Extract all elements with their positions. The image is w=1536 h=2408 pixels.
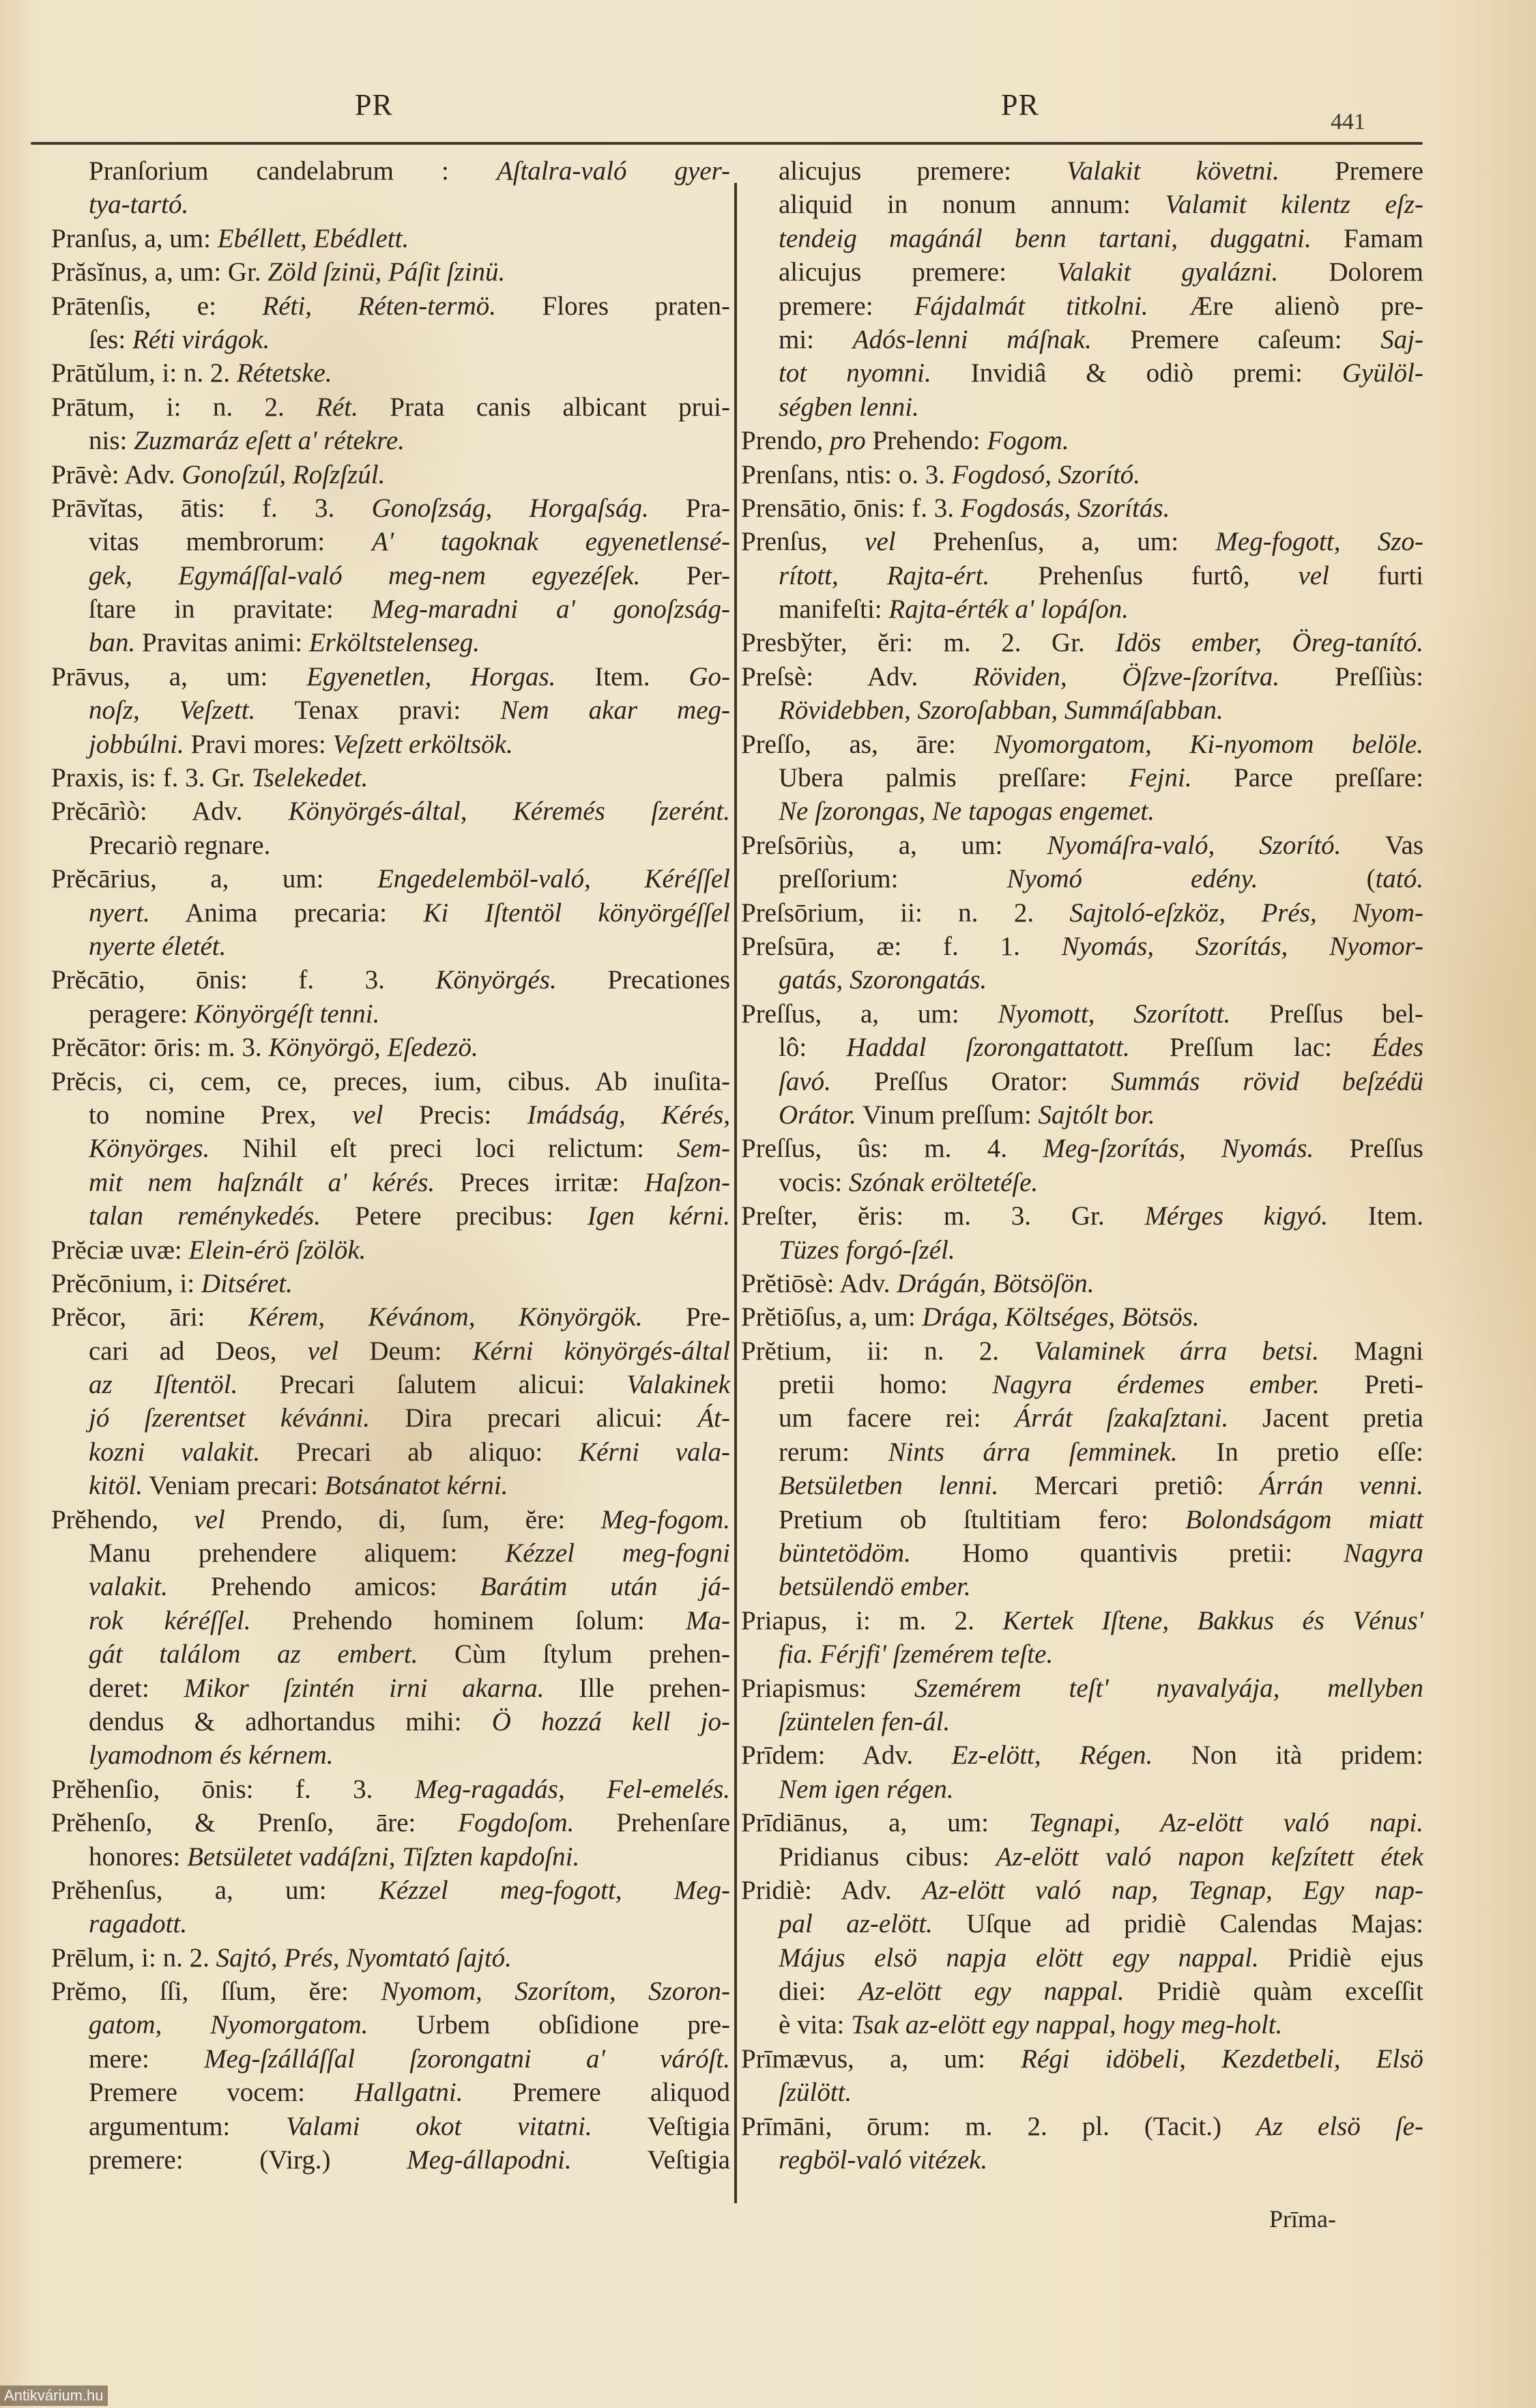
latin-text: deret: [89, 1674, 184, 1703]
latin-text: In pretio eſſe: [1178, 1437, 1423, 1467]
entry-continuation-line: ſtare in pravitate: Meg-maradni a' gonoſ… [51, 592, 730, 626]
hungarian-gloss: Ne ſzorongas, Ne tapogas engemet. [779, 797, 1155, 826]
entry-headword-line: Praxis, is: f. 3. Gr. Tselekedet. [51, 761, 730, 794]
entry-headword-line: Preſsōriùs, a, um: Nyomáſra-való, Szorít… [741, 829, 1423, 862]
hungarian-gloss: Könyörgö, Eſedezö. [268, 1033, 478, 1062]
entry-continuation-line: Pridianus cibus: Az-elött való napon keſ… [741, 1840, 1423, 1874]
latin-text: Prīmævus, a, um: [741, 2044, 1021, 2074]
hungarian-gloss: Gonoſzság, Horgaſság. [372, 493, 649, 523]
watermark: Antikvárium.hu [0, 2385, 108, 2406]
entry-headword-line: Preſsūra, æ: f. 1. Nyomás, Szorítás, Nyo… [741, 930, 1423, 963]
entry-continuation-line: ségben lenni. [741, 390, 1423, 424]
entry-continuation-line: noſz, Veſzett. Tenax pravi: Nem akar meg… [51, 693, 730, 727]
hungarian-gloss: Betsületben lenni. [779, 1471, 998, 1500]
entry-headword-line: Pridiè: Adv. Az-elött való nap, Tegnap, … [741, 1874, 1423, 1907]
hungarian-gloss: Könyörges. [89, 1134, 209, 1163]
entry-continuation-line: gek, Egymáſſal-való meg-nem egyezéſek. P… [51, 559, 730, 592]
hungarian-gloss: fia. Férjfi' ſzemérem teſte. [779, 1639, 1053, 1669]
hungarian-gloss: nyert. [89, 898, 150, 928]
latin-text: Premere caſeum: [1092, 325, 1380, 354]
entry-headword-line: Prĕcātio, ōnis: f. 3. Könyörgés. Precati… [51, 963, 730, 997]
entry-continuation-line: az Iſtentöl. Precari ſalutem alicui: Val… [51, 1368, 730, 1401]
latin-text: Preſſus bel- [1230, 999, 1423, 1029]
hungarian-gloss: Valamit kilentz eſz- [1165, 190, 1423, 219]
latin-text: Premere vocem: [89, 2078, 354, 2107]
hungarian-gloss: pro [830, 426, 866, 455]
hungarian-gloss: Rövidebben, Szoroſabban, Summáſabban. [779, 696, 1223, 725]
latin-text: Preſſiùs: [1279, 662, 1423, 691]
hungarian-gloss: büntetödöm. [779, 1538, 911, 1568]
hungarian-gloss: Sajtólt bor. [1038, 1100, 1155, 1130]
latin-text: to nomine Prex, [89, 1100, 352, 1130]
latin-text: Pridiè ejus [1259, 1943, 1423, 1973]
entry-continuation-line: pal az-elött. Uſque ad pridiè Calendas M… [741, 1907, 1423, 1940]
hungarian-gloss: Egyenetlen, Horgas. [306, 662, 555, 691]
latin-text: Prīdem: Adv. [741, 1740, 952, 1770]
latin-text: ſtare in pravitate: [89, 594, 372, 624]
latin-text: Prĕcātio, ōnis: f. 3. [51, 965, 435, 994]
entry-continuation-line: Nem igen régen. [741, 1773, 1423, 1806]
hungarian-gloss: ſavó. [779, 1067, 831, 1096]
latin-text: Veſtigia [592, 2112, 730, 2141]
latin-text: Precariò regnare. [89, 831, 270, 860]
latin-text: mere: [89, 2044, 204, 2074]
hungarian-gloss: Ebéllett, Ebédlett. [218, 224, 409, 253]
hungarian-gloss: Ki Iſtentöl könyörgéſſel [423, 898, 730, 928]
entry-continuation-line: jó ſzerentset kévánni. Dira precari alic… [51, 1401, 730, 1435]
latin-text: Prāvus, a, um: [51, 662, 306, 691]
latin-text: Pridiè quàm exceſſit [1125, 1977, 1423, 2006]
latin-text: Prenſus, [741, 527, 865, 556]
latin-text: Flores praten- [496, 291, 730, 321]
latin-text: Preſſus Orator: [831, 1067, 1111, 1096]
hungarian-gloss: Zöld ſzinü, Páſit ſzinü. [267, 257, 505, 287]
latin-text: Preſſum lac: [1130, 1033, 1372, 1062]
entry-headword-line: Prātenſis, e: Réti, Réten-termö. Flores … [51, 289, 730, 323]
latin-text: Prātum, i: n. 2. [51, 392, 316, 422]
latin-text: Prehenſus furtô, [989, 561, 1298, 590]
latin-text: alicujus premere: [779, 156, 1067, 186]
hungarian-gloss: Go- [689, 662, 730, 691]
entry-continuation-line: kitöl. Veniam precari: Botsánatot kérni. [51, 1469, 730, 1502]
latin-text: Prĕcis, ci, cem, ce, preces, ium, cibus.… [51, 1067, 730, 1096]
latin-text: Prātŭlum, i: n. 2. [51, 358, 237, 388]
entry-continuation-line: ſzüntelen fen-ál. [741, 1705, 1423, 1738]
latin-text: Item. [1328, 1201, 1423, 1231]
hungarian-gloss: Haddal ſzorongattatott. [846, 1033, 1129, 1062]
hungarian-gloss: Kérni könyörgés-által [473, 1336, 730, 1366]
latin-text: Precationes [557, 965, 730, 994]
entry-continuation-line: peragere: Könyörgéſt tenni. [51, 997, 730, 1031]
latin-text: Pra- [649, 493, 730, 523]
hungarian-gloss: rított, Rajta-ért. [779, 561, 989, 590]
entry-continuation-line: Tüzes forgó-ſzél. [741, 1233, 1423, 1267]
hungarian-gloss: Haſzon- [644, 1168, 730, 1197]
entry-continuation-line: Könyörges. Nihil eſt preci loci relictum… [51, 1132, 730, 1165]
hungarian-gloss: Nyomás, Szorítás, Nyomor- [1062, 932, 1423, 961]
running-head-right: PR [1001, 87, 1039, 122]
latin-text: vitas membrorum: [89, 527, 372, 556]
hungarian-gloss: tató. [1376, 864, 1423, 893]
hungarian-gloss: jobbúlni. [89, 730, 184, 759]
latin-text: Pranſus, a, um: [51, 224, 218, 253]
entry-continuation-line: nyert. Anima precaria: Ki Iſtentöl könyö… [51, 896, 730, 930]
hungarian-gloss: Nagyra érdemes ember. [992, 1370, 1320, 1399]
latin-text: Preſter, ĕris: m. 3. Gr. [741, 1201, 1144, 1231]
hungarian-gloss: A' tagoknak egyenetlensé- [372, 527, 730, 556]
entry-headword-line: Prāvĭtas, ātis: f. 3. Gonoſzság, Horgaſs… [51, 491, 730, 525]
entry-headword-line: Preſter, ĕris: m. 3. Gr. Mérges kigyó. I… [741, 1199, 1423, 1233]
latin-text: Preſsōriùs, a, um: [741, 831, 1047, 860]
hungarian-gloss: Könyörgés-által, Kéremés ſzerént. [289, 797, 730, 826]
latin-text: Homo quantivis pretii: [911, 1538, 1344, 1568]
latin-text: Cùm ſtylum prehen- [418, 1639, 730, 1669]
entry-continuation-line: büntetödöm. Homo quantivis pretii: Nagyr… [741, 1536, 1423, 1570]
hungarian-gloss: Tüzes forgó-ſzél. [779, 1235, 955, 1265]
hungarian-gloss: Meg-ragadás, Fel-emelés. [415, 1775, 730, 1804]
latin-text: Prĕtiōſus, a, um: [741, 1302, 922, 1332]
latin-text: Prăsĭnus, a, um: Gr. [51, 257, 267, 287]
hungarian-gloss: Az-elött való nap, Tegnap, Egy nap- [922, 1876, 1423, 1905]
hungarian-gloss: rok kéréſſel. [89, 1606, 250, 1635]
entry-continuation-line: cari ad Deos, vel Deum: Kérni könyörgés-… [51, 1334, 730, 1368]
entry-continuation-line: vitas membrorum: A' tagoknak egyenetlens… [51, 525, 730, 558]
hungarian-gloss: noſz, Veſzett. [89, 696, 255, 725]
hungarian-gloss: Fogdosó, Szorító. [952, 460, 1140, 489]
latin-text: Premere [1279, 156, 1423, 186]
entry-headword-line: Prīdiānus, a, um: Tegnapi, Az-elött való… [741, 1806, 1423, 1839]
entry-continuation-line: pretii homo: Nagyra érdemes ember. Preti… [741, 1368, 1423, 1401]
entry-continuation-line: tendeig magánál benn tartani, duggatni. … [741, 222, 1423, 255]
entry-continuation-line: ſavó. Preſſus Orator: Summás rövid beſzé… [741, 1065, 1423, 1098]
entry-continuation-line: lô: Haddal ſzorongattatott. Preſſum lac:… [741, 1031, 1423, 1064]
latin-text: Precari ſalutem alicui: [237, 1370, 626, 1399]
entry-headword-line: Prĕcātor: ōris: m. 3. Könyörgö, Eſedezö. [51, 1031, 730, 1064]
hungarian-gloss: Rajta-érték a' lopáſon. [888, 594, 1129, 624]
hungarian-gloss: regböl-való vitézek. [779, 2145, 987, 2175]
entry-continuation-line: to nomine Prex, vel Precis: Imádság, Kér… [51, 1098, 730, 1132]
latin-text: aliquid in nonum annum: [779, 190, 1165, 219]
entry-headword-line: Prensātio, ōnis: f. 3. Fogdosás, Szorítá… [741, 491, 1423, 525]
latin-text: Prēlum, i: n. 2. [51, 1943, 216, 1973]
hungarian-gloss: Réti, Réten-termö. [262, 291, 496, 321]
latin-text: premere: (Virg.) [89, 2145, 407, 2175]
hungarian-gloss: Aſtalra-való gyer- [497, 156, 730, 186]
latin-text: Prata canis albicant prui- [358, 392, 730, 422]
hungarian-gloss: Imádság, Kérés, [527, 1100, 730, 1130]
latin-text: Pridianus cibus: [779, 1842, 996, 1872]
entry-continuation-line: rerum: Nints árra ſemminek. In pretio eſ… [741, 1435, 1423, 1469]
latin-text: Preti- [1320, 1370, 1423, 1399]
entry-continuation-line: lyamodnom és kérnem. [51, 1738, 730, 1772]
hungarian-gloss: Betsületet vadáſzni, Tiſzten kapdoſni. [187, 1842, 579, 1872]
hungarian-gloss: vel [1298, 561, 1329, 590]
latin-text: Prĕhenſus, a, um: [51, 1876, 379, 1905]
latin-text: Pre- [643, 1302, 730, 1332]
latin-text: Pravitas animi: [135, 628, 309, 657]
latin-text: Urbem obſidione pre- [368, 2010, 730, 2039]
entry-continuation-line: Rövidebben, Szoroſabban, Summáſabban. [741, 693, 1423, 727]
latin-text: Prehendo hominem ſolum: [250, 1606, 686, 1635]
latin-text: Prehendo: [866, 426, 987, 455]
hungarian-gloss: Árrát ſzakaſztani. [1015, 1403, 1228, 1433]
latin-text: ( [1258, 864, 1376, 893]
latin-text: Ubera palmis preſſare: [779, 763, 1129, 792]
hungarian-gloss: Valami okot vitatni. [286, 2112, 592, 2141]
hungarian-gloss: Ez-elött, Régen. [952, 1740, 1153, 1770]
hungarian-gloss: Réti virágok. [132, 325, 270, 354]
latin-text: Dolorem [1278, 257, 1423, 287]
hungarian-gloss: Veſzett erköltsök. [332, 730, 512, 759]
latin-text: preſſorium: [779, 864, 1007, 893]
entry-continuation-line: manifeſti: Rajta-érték a' lopáſon. [741, 592, 1423, 626]
hungarian-gloss: Meg-állapodni. [407, 2145, 572, 2175]
hungarian-gloss: Valakit gyalázni. [1057, 257, 1278, 287]
entry-headword-line: Presbўter, ĕri: m. 2. Gr. Idös ember, Ör… [741, 626, 1423, 659]
latin-text: Mercari pretiô: [998, 1471, 1260, 1500]
latin-text: Prenſans, ntis: o. 3. [741, 460, 952, 489]
hungarian-gloss: vel [308, 1336, 338, 1366]
hungarian-gloss: Valakit követni. [1067, 156, 1279, 186]
entry-headword-line: Prīdem: Adv. Ez-elött, Régen. Non ità pr… [741, 1738, 1423, 1772]
latin-text: Prĕcārius, a, um: [51, 864, 377, 893]
hungarian-gloss: pal az-elött. [779, 1909, 933, 1938]
latin-text: Magni [1319, 1336, 1423, 1366]
hungarian-gloss: Valaminek árra betsi. [1034, 1336, 1319, 1366]
entry-continuation-line: ſzülött. [741, 2076, 1423, 2109]
entry-continuation-line: rok kéréſſel. Prehendo hominem ſolum: Ma… [51, 1604, 730, 1637]
latin-text: Deum: [338, 1336, 473, 1366]
hungarian-gloss: ſzüntelen fen-ál. [779, 1707, 950, 1736]
entry-headword-line: Prĕcis, ci, cem, ce, preces, ium, cibus.… [51, 1065, 730, 1098]
entry-continuation-line: deret: Mikor ſzintén irni akarna. Ille p… [51, 1672, 730, 1705]
latin-text: Preſsūra, æ: f. 1. [741, 932, 1062, 961]
hungarian-gloss: vel [194, 1505, 224, 1534]
hungarian-gloss: Meg-ſzálláſſal ſzorongatni a' váróſt. [204, 2044, 730, 2074]
hungarian-gloss: ban. [89, 628, 135, 657]
entry-continuation-line: mi: Adós-lenni máſnak. Premere caſeum: S… [741, 323, 1423, 356]
latin-text: Prātenſis, e: [51, 291, 262, 321]
entry-headword-line: Prĕcor, āri: Kérem, Kévánom, Könyörgök. … [51, 1300, 730, 1334]
entry-headword-line: Prĕcārìò: Adv. Könyörgés-által, Kéremés … [51, 794, 730, 828]
latin-text: Prehenſare [574, 1808, 730, 1837]
hungarian-gloss: kozni valakit. [89, 1437, 260, 1467]
entry-headword-line: Prāvus, a, um: Egyenetlen, Horgas. Item.… [51, 660, 730, 693]
entry-headword-line: Prĕtium, ii: n. 2. Valaminek árra betsi.… [741, 1334, 1423, 1368]
hungarian-gloss: Könyörgéſt tenni. [194, 999, 380, 1029]
hungarian-gloss: Kérem, Kévánom, Könyörgök. [248, 1302, 643, 1332]
latin-text: Prĕcātor: ōris: m. 3. [51, 1033, 268, 1062]
entry-continuation-line: alicujus premere: Valakit gyalázni. Dolo… [741, 255, 1423, 289]
latin-text: Prĕhendo, [51, 1505, 194, 1534]
entry-continuation-line: alicujus premere: Valakit követni. Preme… [741, 154, 1423, 188]
entry-headword-line: Preſsè: Adv. Röviden, Öſzve-ſzorítva. Pr… [741, 660, 1423, 693]
hungarian-gloss: Az-elött egy nappal. [858, 1977, 1124, 2006]
hungarian-gloss: Gonoſzúl, Roſzſzúl. [182, 460, 385, 489]
latin-text: Vas [1341, 831, 1423, 860]
latin-text: honores: [89, 1842, 187, 1872]
page-number: 441 [1331, 109, 1365, 135]
entry-continuation-line: regböl-való vitézek. [741, 2143, 1423, 2177]
entry-headword-line: Prātŭlum, i: n. 2. Rétetske. [51, 356, 730, 390]
hungarian-gloss: Kézzel meg-fogni [505, 1538, 730, 1568]
latin-text: mi: [779, 325, 853, 354]
entry-continuation-line: Precariò regnare. [51, 829, 730, 862]
entry-continuation-line: honores: Betsületet vadáſzni, Tiſzten ka… [51, 1840, 730, 1874]
entry-continuation-line: talan reménykedés. Petere precibus: Igen… [51, 1199, 730, 1233]
hungarian-gloss: Saj- [1380, 325, 1423, 354]
latin-text: Presbўter, ĕri: m. 2. Gr. [741, 628, 1115, 657]
latin-text: Parce preſſare: [1192, 763, 1423, 792]
latin-text: Dira precari alicui: [370, 1403, 697, 1433]
entry-headword-line: Prendo, pro Prehendo: Fogom. [741, 424, 1423, 457]
entry-continuation-line: premere: (Virg.) Meg-állapodni. Veſtigia [51, 2143, 730, 2177]
entry-continuation-line: tot nyomni. Invidiâ & odiò premi: Gyülöl… [741, 356, 1423, 390]
hungarian-gloss: tendeig magánál benn tartani, duggatni. [779, 224, 1312, 253]
latin-text: Pravi mores: [184, 730, 333, 759]
entry-continuation-line: è vita: Tsak az-elött egy nappal, hogy m… [741, 2008, 1423, 2041]
entry-continuation-line: nis: Zuzmaráz eſett a' rétekre. [51, 424, 730, 457]
hungarian-gloss: Tsak az-elött egy nappal, hogy meg-holt. [851, 2010, 1282, 2039]
hungarian-gloss: Nyomó edény. [1007, 864, 1258, 893]
hungarian-gloss: Adós-lenni máſnak. [853, 325, 1092, 354]
entry-continuation-line: valakit. Prehendo amicos: Barátim után j… [51, 1570, 730, 1603]
hungarian-gloss: Meg-fogom. [600, 1505, 730, 1534]
entry-continuation-line: Május elsö napja elött egy nappal. Pridi… [741, 1941, 1423, 1975]
hungarian-gloss: Röviden, Öſzve-ſzorítva. [973, 662, 1279, 691]
hungarian-gloss: vel [352, 1100, 383, 1130]
entry-headword-line: Prenſans, ntis: o. 3. Fogdosó, Szorító. [741, 458, 1423, 491]
hungarian-gloss: Nyomáſra-való, Szorító. [1047, 831, 1341, 860]
hungarian-gloss: mit nem haſznált a' kérés. [89, 1168, 435, 1197]
entry-continuation-line: fia. Férjfi' ſzemérem teſte. [741, 1637, 1423, 1671]
hungarian-gloss: Tegnapi, Az-elött való napi. [1029, 1808, 1423, 1837]
latin-text: Prehendo amicos: [168, 1572, 480, 1601]
latin-text: Manu prehendere aliquem: [89, 1538, 505, 1568]
hungarian-gloss: Fogdosás, Szorítás. [961, 493, 1170, 523]
hungarian-gloss: gatás, Szorongatás. [779, 965, 987, 994]
hungarian-gloss: talan reménykedés. [89, 1201, 321, 1231]
entry-continuation-line: mit nem haſznált a' kérés. Preces irritæ… [51, 1166, 730, 1199]
latin-text: Jacent pretia [1228, 1403, 1423, 1433]
latin-text: Preſsè: Adv. [741, 662, 973, 691]
latin-text: diei: [779, 1977, 858, 2006]
entry-headword-line: Prĕtiōsè: Adv. Drágán, Bötsöſön. [741, 1267, 1423, 1300]
running-head-left: PR [355, 87, 393, 122]
hungarian-gloss: Botsánatot kérni. [325, 1471, 508, 1500]
latin-text: nis: [89, 426, 134, 455]
hungarian-gloss: Át- [697, 1403, 730, 1433]
catchword: Prīma- [1269, 2205, 1336, 2233]
hungarian-gloss: tya-tartó. [89, 190, 188, 219]
entry-continuation-line: tya-tartó. [51, 188, 730, 221]
latin-text: Priapus, i: m. 2. [741, 1606, 1002, 1635]
latin-text: um facere rei: [779, 1403, 1015, 1433]
latin-text: argumentum: [89, 2112, 286, 2141]
entry-headword-line: Prīmævus, a, um: Régi idöbeli, Kezdetbel… [741, 2042, 1423, 2076]
entry-headword-line: Prĕhenſus, a, um: Kézzel meg-fogott, Meg… [51, 1874, 730, 1907]
hungarian-gloss: Ö hozzá kell jo- [492, 1707, 730, 1736]
latin-text: Famam [1312, 224, 1423, 253]
hungarian-gloss: Igen kérni. [588, 1201, 730, 1231]
entry-continuation-line: gát találom az embert. Cùm ſtylum prehen… [51, 1637, 730, 1671]
latin-text: Tenax pravi: [255, 696, 500, 725]
entry-continuation-line: Betsületben lenni. Mercari pretiô: Árrán… [741, 1469, 1423, 1502]
entry-continuation-line: aliquid in nonum annum: Valamit kilentz … [741, 188, 1423, 221]
latin-text: Premere aliquod [463, 2078, 730, 2107]
hungarian-gloss: Meg-fogott, Szo- [1215, 527, 1423, 556]
entry-continuation-line: ban. Pravitas animi: Erköltstelenseg. [51, 626, 730, 659]
entry-continuation-line: preſſorium: Nyomó edény. (tató. [741, 862, 1423, 895]
hungarian-gloss: Fejni. [1129, 763, 1192, 792]
latin-text: furti [1329, 561, 1423, 590]
entry-headword-line: Prĕhenſo, & Prenſo, āre: Fogdoſom. Prehe… [51, 1806, 730, 1839]
latin-text: Prĕcārìò: Adv. [51, 797, 289, 826]
entry-headword-line: Preſsōrium, ii: n. 2. Sajtoló-eſzköz, Pr… [741, 896, 1423, 930]
entry-headword-line: Prăsĭnus, a, um: Gr. Zöld ſzinü, Páſit ſ… [51, 255, 730, 289]
latin-text: Preſſo, as, āre: [741, 730, 994, 759]
hungarian-gloss: Szemérem teſt' nyavalyája, mellyben [914, 1674, 1423, 1703]
entry-continuation-line: mere: Meg-ſzálláſſal ſzorongatni a' váró… [51, 2042, 730, 2076]
latin-text: Preſſus, ûs: m. 4. [741, 1134, 1043, 1163]
hungarian-gloss: Mikor ſzintén irni akarna. [184, 1674, 545, 1703]
column-divider [734, 183, 737, 2203]
entry-continuation-line: Ne ſzorongas, Ne tapogas engemet. [741, 794, 1423, 828]
hungarian-gloss: Nyomorgatom, Ki-nyomom belöle. [994, 730, 1423, 759]
latin-text: Vinum preſſum: [856, 1100, 1039, 1130]
left-column: Pranſorium candelabrum : Aſtalra-való gy… [51, 154, 730, 2177]
hungarian-gloss: lyamodnom és kérnem. [89, 1740, 333, 1770]
entry-headword-line: Prenſus, vel Prehenſus, a, um: Meg-fogot… [741, 525, 1423, 558]
entry-continuation-line: jobbúlni. Pravi mores: Veſzett erköltsök… [51, 728, 730, 761]
latin-text: Praxis, is: f. 3. Gr. [51, 763, 252, 792]
hungarian-gloss: Ditséret. [201, 1269, 293, 1298]
hungarian-gloss: Gyülöl- [1342, 358, 1423, 388]
hungarian-gloss: Tselekedet. [252, 763, 368, 792]
hungarian-gloss: Könyörgés. [435, 965, 556, 994]
entry-headword-line: Pranſus, a, um: Ebéllett, Ebédlett. [51, 222, 730, 255]
hungarian-gloss: Nagyra [1344, 1538, 1423, 1568]
hungarian-gloss: Kézzel meg-fogott, Meg- [379, 1876, 730, 1905]
hungarian-gloss: Drágán, Bötsöſön. [897, 1269, 1094, 1298]
hungarian-gloss: Kérni vala- [579, 1437, 730, 1467]
latin-text: Petere precibus: [321, 1201, 588, 1231]
entry-headword-line: Prĕhenſio, ōnis: f. 3. Meg-ragadás, Fel-… [51, 1773, 730, 1806]
latin-text: Prĕmo, ſſi, ſſum, ĕre: [51, 1977, 381, 2006]
latin-text: cari ad Deos, [89, 1336, 308, 1366]
entry-headword-line: Prātum, i: n. 2. Rét. Prata canis albica… [51, 390, 730, 424]
hungarian-gloss: Az-elött való napon keſzített étek [996, 1842, 1423, 1872]
entry-continuation-line: gatás, Szorongatás. [741, 963, 1423, 997]
hungarian-gloss: Az elsö ſe- [1256, 2112, 1423, 2141]
latin-text: Prāvĭtas, ātis: f. 3. [51, 493, 372, 523]
hungarian-gloss: Május elsö napja elött egy nappal. [779, 1943, 1259, 1973]
entry-headword-line: Prīmāni, ōrum: m. 2. pl. (Tacit.) Az els… [741, 2110, 1423, 2143]
hungarian-gloss: Sem- [677, 1134, 730, 1163]
hungarian-gloss: Nyomott, Szorított. [998, 999, 1231, 1029]
latin-text: pretii homo: [779, 1370, 992, 1399]
hungarian-gloss: Engedelemböl-való, Kéréſſel [377, 864, 730, 893]
entry-continuation-line: argumentum: Valami okot vitatni. Veſtigi… [51, 2110, 730, 2143]
hungarian-gloss: Elein-érö ſzölök. [189, 1235, 366, 1265]
latin-text: Preſſus [1314, 1134, 1423, 1163]
hungarian-gloss: Nem akar meg- [500, 696, 730, 725]
latin-text: Prehenſus, a, um: [896, 527, 1216, 556]
latin-text: è vita: [779, 2010, 851, 2039]
hungarian-gloss: Sajtoló-eſzköz, Prés, Nyom- [1069, 898, 1423, 928]
entry-continuation-line: premere: Fájdalmát titkolni. Ære alienò … [741, 289, 1423, 323]
hungarian-gloss: gát találom az embert. [89, 1639, 418, 1669]
